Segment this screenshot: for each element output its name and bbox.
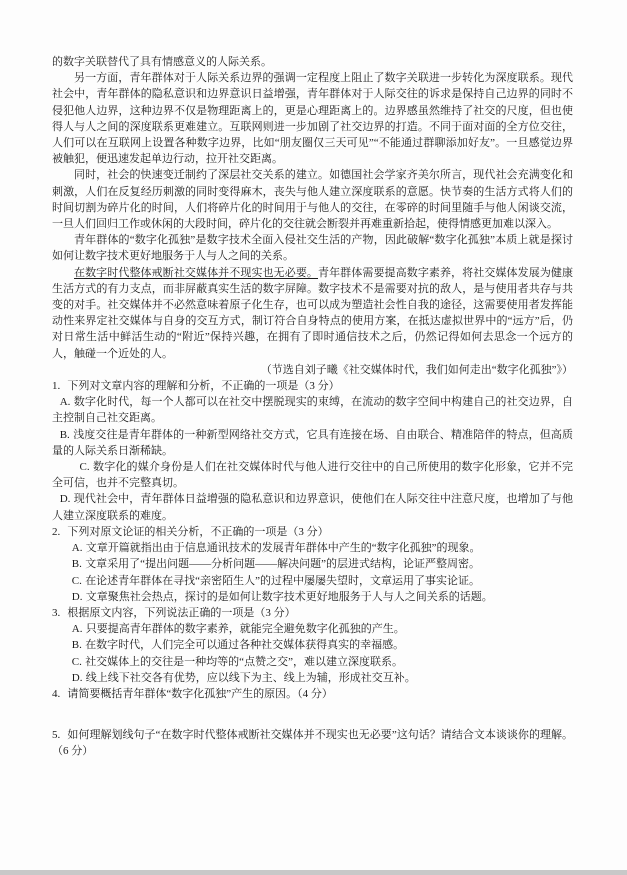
- option-text: 只要提高青年群体的数字素养，就能完全避免数字化孤独的产生。: [86, 623, 405, 635]
- option-label: C.: [72, 656, 82, 668]
- passage-continuation-line: 的数字关联替代了具有情感意义的人际关系。: [52, 54, 573, 70]
- question-5-stem: 5.如何理解划线句子“在数字时代整体戒断社交媒体并不现实也无必要”这句话？请结合…: [52, 727, 573, 759]
- option-text: 社交媒体上的交往是一种均等的“点赞之交”，难以建立深度联系。: [85, 656, 403, 668]
- passage-paragraph-1: 另一方面，青年群体对于人际关系边界的强调一定程度上阻止了数字关联进一步转化为深度…: [52, 70, 573, 167]
- question-2-option-d: D.文章聚焦社会热点，探讨的是如何让数字技术更好地服务于人与人之间关系的话题。: [52, 589, 573, 605]
- option-text: 在数字时代，人们完全可以通过各种社交媒体获得真实的幸福感。: [85, 639, 404, 651]
- question-3: 3.根据原文内容，下列说法正确的一项是（3 分） A.只要提高青年群体的数字素养…: [52, 605, 573, 686]
- question-1-option-c: C.数字化的媒介身份是人们在社交媒体时代与他人进行交往中的自己所使用的数字化形象…: [52, 459, 573, 491]
- option-label: A.: [72, 542, 83, 554]
- question-5: 5.如何理解划线句子“在数字时代整体戒断社交媒体并不现实也无必要”这句话？请结合…: [52, 727, 573, 759]
- option-text: 数字化的媒介身份是人们在社交媒体时代与他人进行交往中的自己所使用的数字化形象，它…: [52, 461, 573, 489]
- question-5-number: 5.: [52, 729, 60, 741]
- question-1: 1.下列对文章内容的理解和分析，不正确的一项是（3 分） A.数字化时代，每一个…: [52, 378, 573, 524]
- option-text: 数字化时代，每一个人都可以在社交中摆脱现实的束缚，在流动的数字空间中构建自己的社…: [52, 396, 573, 424]
- option-label: C.: [72, 575, 82, 587]
- question-2-number: 2.: [52, 526, 60, 538]
- underlined-thesis-sentence: 在数字时代整体戒断社交媒体并不现实也无必要。: [74, 267, 318, 279]
- passage-paragraph-2: 同时，社会的快速变迁制约了深层社交关系的建立。如德国社会学家齐美尔所言，现代社会…: [52, 167, 573, 232]
- option-label: D.: [60, 493, 71, 505]
- passage-paragraph-3: 青年群体的“数字化孤独”是数字技术全面入侵社交生活的产物，因此破解“数字化孤独”…: [52, 232, 573, 264]
- question-2-option-a: A.文章开篇就指出由于信息通讯技术的发展青年群体中产生的“数字化孤独”的现象。: [52, 540, 573, 556]
- option-text: 文章聚焦社会热点，探讨的是如何让数字技术更好地服务于人与人之间关系的话题。: [86, 591, 493, 603]
- option-label: B.: [72, 639, 82, 651]
- option-text: 在论述青年群体在寻找“亲密陌生人”的过程中屡屡失望时，文章运用了事实论证。: [85, 575, 480, 587]
- question-1-option-b: B.浅度交往是青年群体的一种新型网络社交方式，它具有连接在场、自由联合、精准陪伴…: [52, 427, 573, 459]
- question-2-option-c: C.在论述青年群体在寻找“亲密陌生人”的过程中屡屡失望时，文章运用了事实论证。: [52, 573, 573, 589]
- question-1-option-d: D.现代社会中，青年群体日益增强的隐私意识和边界意识，使他们在人际交往中注意尺度…: [52, 491, 573, 523]
- option-text: 浅度交往是青年群体的一种新型网络社交方式，它具有连接在场、自由联合、精准陪伴的特…: [52, 429, 573, 457]
- option-label: B.: [60, 429, 70, 441]
- question-5-text: 如何理解划线句子“在数字时代整体戒断社交媒体并不现实也无必要”这句话？请结合文本…: [52, 729, 573, 757]
- question-2-text: 下列对原文论证的相关分析，不正确的一项是（3 分）: [67, 526, 328, 538]
- questions-section: 1.下列对文章内容的理解和分析，不正确的一项是（3 分） A.数字化时代，每一个…: [52, 378, 573, 759]
- option-text: 现代社会中，青年群体日益增强的隐私意识和边界意识，使他们在人际交往中注意尺度，也…: [52, 493, 573, 521]
- question-3-option-d: D.线上线下社交各有优势，应以线下为主、线上为辅，形成社交互补。: [52, 670, 573, 686]
- question-3-stem: 3.根据原文内容，下列说法正确的一项是（3 分）: [52, 605, 573, 621]
- question-3-number: 3.: [52, 607, 60, 619]
- exam-page: 的数字关联替代了具有情感意义的人际关系。 另一方面，青年群体对于人际关系边界的强…: [0, 0, 627, 875]
- option-label: D.: [72, 672, 83, 684]
- option-text: 文章开篇就指出由于信息通讯技术的发展青年群体中产生的“数字化孤独”的现象。: [86, 542, 481, 554]
- paragraph-4-rest: 青年群体需要提高数字素养，将社交媒体发展为健康生活方式的有力支点，而非屏蔽真实生…: [52, 267, 573, 360]
- source-attribution: （节选自刘子曦《社交媒体时代，我们如何走出“数字化孤独”》）: [52, 362, 573, 378]
- option-text: 线上线下社交各有优势，应以线下为主、线上为辅，形成社交互补。: [86, 672, 416, 684]
- question-4: 4.请简要概括青年群体“数字化孤独”产生的原因。（4 分）: [52, 686, 573, 702]
- question-3-option-b: B.在数字时代，人们完全可以通过各种社交媒体获得真实的幸福感。: [52, 637, 573, 653]
- question-1-number: 1.: [52, 380, 60, 392]
- scanner-edge-shadow: [0, 870, 627, 875]
- question-2-stem: 2.下列对原文论证的相关分析，不正确的一项是（3 分）: [52, 524, 573, 540]
- question-2-option-b: B.文章采用了“提出问题——分析问题——解决问题”的层进式结构，论证严整周密。: [52, 556, 573, 572]
- option-label: A.: [60, 396, 71, 408]
- option-text: 文章采用了“提出问题——分析问题——解决问题”的层进式结构，论证严整周密。: [85, 558, 480, 570]
- question-1-text: 下列对文章内容的理解和分析，不正确的一项是（3 分）: [67, 380, 339, 392]
- reading-passage: 的数字关联替代了具有情感意义的人际关系。 另一方面，青年群体对于人际关系边界的强…: [52, 54, 573, 378]
- question-2: 2.下列对原文论证的相关分析，不正确的一项是（3 分） A.文章开篇就指出由于信…: [52, 524, 573, 605]
- question-3-option-a: A.只要提高青年群体的数字素养，就能完全避免数字化孤独的产生。: [52, 621, 573, 637]
- question-3-option-c: C.社交媒体上的交往是一种均等的“点赞之交”，难以建立深度联系。: [52, 654, 573, 670]
- question-3-text: 根据原文内容，下列说法正确的一项是（3 分）: [67, 607, 295, 619]
- question-4-number: 4.: [52, 688, 60, 700]
- question-4-stem: 4.请简要概括青年群体“数字化孤独”产生的原因。（4 分）: [52, 686, 573, 702]
- option-label: B.: [72, 558, 82, 570]
- question-1-stem: 1.下列对文章内容的理解和分析，不正确的一项是（3 分）: [52, 378, 573, 394]
- question-4-text: 请简要概括青年群体“数字化孤独”产生的原因。（4 分）: [67, 688, 333, 700]
- passage-paragraph-4: 在数字时代整体戒断社交媒体并不现实也无必要。青年群体需要提高数字素养，将社交媒体…: [52, 265, 573, 362]
- option-label: D.: [72, 591, 83, 603]
- option-label: C.: [80, 461, 90, 473]
- question-1-option-a: A.数字化时代，每一个人都可以在社交中摆脱现实的束缚，在流动的数字空间中构建自己…: [52, 394, 573, 426]
- option-label: A.: [72, 623, 83, 635]
